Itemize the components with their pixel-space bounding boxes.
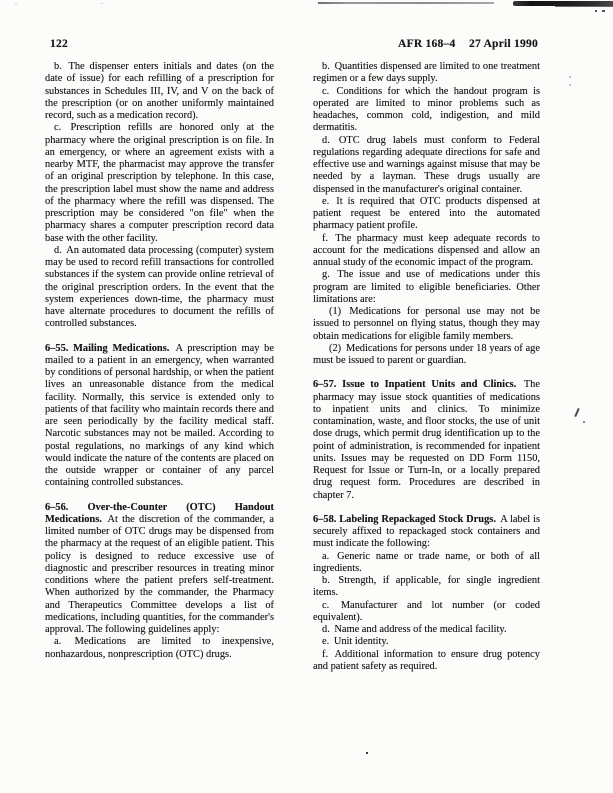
- paragraph-label: e.: [322, 636, 329, 647]
- section-paragraph: 6–58. Labeling Repackaged Stock Drugs. A…: [313, 514, 540, 551]
- paragraph-label: g.: [322, 269, 330, 280]
- document-page: 122 AFR 168–4 27 April 1990 b. The dispe…: [0, 0, 613, 793]
- paragraph-label: c.: [54, 122, 61, 133]
- body-paragraph: b. The dispenser enters initials and dat…: [45, 61, 274, 122]
- paragraph-label: a.: [322, 551, 329, 562]
- body-paragraph: (1) Medications for personal use may not…: [313, 306, 540, 343]
- body-paragraph: d. An automated data processing (compute…: [45, 245, 274, 331]
- scan-speck: [574, 408, 579, 417]
- paragraph-label: f.: [322, 233, 328, 244]
- scan-speck: [366, 752, 368, 754]
- paragraph-label: b.: [322, 61, 330, 72]
- scan-speck: [15, 3, 17, 4]
- header-date: 27 April 1990: [469, 37, 538, 50]
- header-afr-ref: AFR 168–4: [398, 37, 456, 50]
- paragraph-label: b.: [322, 575, 330, 586]
- section-heading: 6–55. Mailing Medications.: [45, 343, 169, 354]
- body-paragraph: b. Strength, if applicable, for single i…: [313, 575, 540, 600]
- section-heading: 6–58. Labeling Repackaged Stock Drugs.: [313, 514, 496, 525]
- body-paragraph: a. Medications are limited to inexpensiv…: [45, 636, 274, 661]
- scan-streak-black: [513, 1, 613, 6]
- scan-speck: [602, 10, 605, 12]
- paragraph-label: d.: [322, 135, 330, 146]
- scan-streak-gray: [318, 2, 494, 4]
- body-paragraph: g. The issue and use of medications unde…: [313, 269, 540, 306]
- paragraph-label: (2): [329, 343, 341, 354]
- paragraph-label: a.: [54, 636, 61, 647]
- page-number: 122: [50, 37, 68, 50]
- scan-speck: [583, 421, 585, 423]
- paragraph-label: c.: [322, 86, 329, 97]
- paragraph-label: d.: [54, 245, 62, 256]
- body-paragraph: d. Name and address of the medical facil…: [313, 624, 540, 636]
- paragraph-label: e.: [322, 196, 329, 207]
- body-paragraph: d. OTC drug labels must conform to Feder…: [313, 135, 540, 196]
- scan-speck: [569, 84, 571, 86]
- paragraph-label: c.: [322, 600, 329, 611]
- body-paragraph: c. Prescription refills are honored only…: [45, 122, 274, 245]
- scan-speck: [595, 10, 597, 12]
- section-paragraph: 6–57. Issue to Inpatient Units and Clini…: [313, 379, 540, 502]
- section-paragraph: 6–55. Mailing Medications. A prescriptio…: [45, 343, 274, 490]
- body-paragraph: b. Quantities dispensed are limited to o…: [313, 61, 540, 86]
- scan-speck: [569, 76, 571, 78]
- section-heading: 6–56. Over-the-Counter (OTC) Handout Med…: [45, 502, 274, 525]
- body-paragraph: f. Additional information to ensure drug…: [313, 649, 540, 674]
- body-paragraph: (2) Medications for persons under 18 yea…: [313, 343, 540, 368]
- body-paragraph: e. Unit identity.: [313, 636, 540, 648]
- paragraph-label: f.: [322, 649, 328, 660]
- body-paragraph: f. The pharmacy must keep adequate recor…: [313, 233, 540, 270]
- paragraph-label: b.: [54, 61, 62, 72]
- body-paragraph: e. It is required that OTC products disp…: [313, 196, 540, 233]
- left-column: b. The dispenser enters initials and dat…: [45, 61, 274, 661]
- body-paragraph: c. Conditions for which the handout prog…: [313, 86, 540, 135]
- section-paragraph: 6–56. Over-the-Counter (OTC) Handout Med…: [45, 502, 274, 637]
- paragraph-label: d.: [322, 624, 330, 635]
- scan-speck: [101, 3, 103, 4]
- body-paragraph: c. Manufacturer and lot number (or coded…: [313, 600, 540, 625]
- body-paragraph: a. Generic name or trade name, or both o…: [313, 551, 540, 576]
- section-heading: 6–57. Issue to Inpatient Units and Clini…: [313, 379, 516, 390]
- paragraph-label: (1): [329, 306, 341, 317]
- right-column: b. Quantities dispensed are limited to o…: [313, 61, 540, 673]
